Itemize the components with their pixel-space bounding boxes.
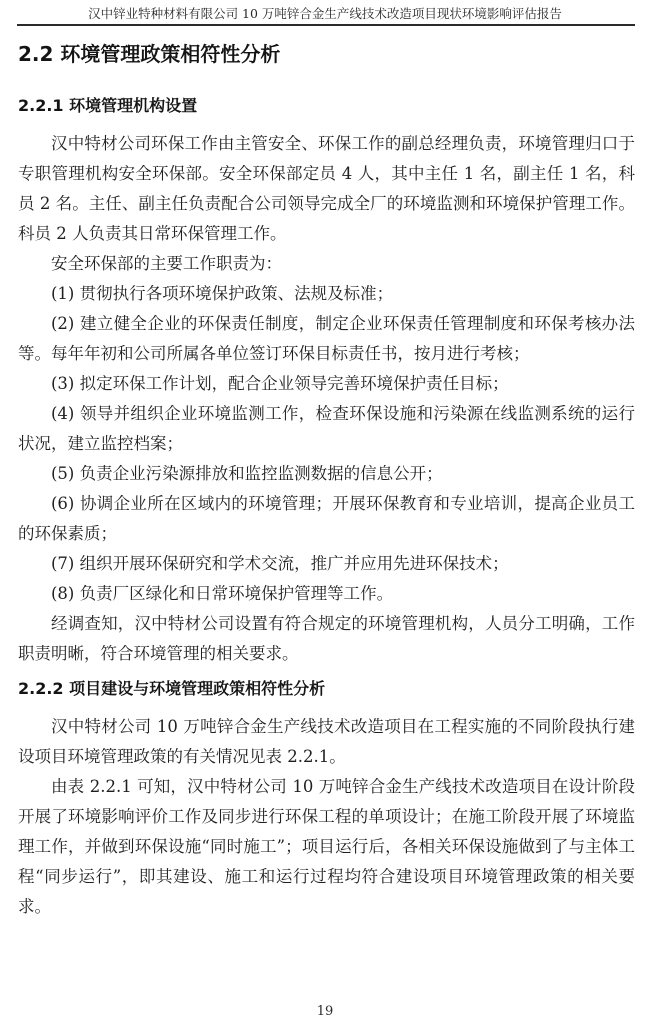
section-heading-2-2-1: 2.2.1 环境管理机构设置 [18, 95, 635, 117]
duty-item-1: (1) 贯彻执行各项环境保护政策、法规及标准； [18, 279, 635, 309]
paragraph-conclusion-2-2-2: 由表 2.2.1 可知，汉中特材公司 10 万吨锌合金生产线技术改造项目在设计阶… [18, 772, 635, 922]
header-divider [17, 24, 635, 26]
duty-item-3: (3) 拟定环保工作计划，配合企业领导完善环境保护责任目标； [18, 369, 635, 399]
page-number: 19 [0, 1004, 650, 1019]
section-2-2-2-content: 汉中特材公司 10 万吨锌合金生产线技术改造项目在工程实施的不同阶段执行建设项目… [18, 712, 635, 922]
document-page: 汉中锌业特种材料有限公司 10 万吨锌合金生产线技术改造项目现状环境影响评估报告… [0, 0, 650, 1027]
duty-item-7: (7) 组织开展环保研究和学术交流，推广并应用先进环保技术； [18, 549, 635, 579]
page-header: 汉中锌业特种材料有限公司 10 万吨锌合金生产线技术改造项目现状环境影响评估报告 [0, 0, 650, 26]
section-heading-2-2: 2.2 环境管理政策相符性分析 [18, 41, 635, 67]
duty-item-8: (8) 负责厂区绿化和日常环境保护管理等工作。 [18, 579, 635, 609]
duty-item-6: (6) 协调企业所在区域内的环境管理；开展环保教育和专业培训，提高企业员工的环保… [18, 489, 635, 549]
section-2-2-1-content: 汉中特材公司环保工作由主管安全、环保工作的副总经理负责，环境管理归口于专职管理机… [18, 129, 635, 669]
document-body: 2.2 环境管理政策相符性分析 2.2.1 环境管理机构设置 汉中特材公司环保工… [18, 41, 635, 922]
section-heading-2-2-2: 2.2.2 项目建设与环境管理政策相符性分析 [18, 678, 635, 700]
duty-item-2: (2) 建立健全企业的环保责任制度，制定企业环保责任管理制度和环保考核办法等。每… [18, 309, 635, 369]
paragraph-table-reference: 汉中特材公司 10 万吨锌合金生产线技术改造项目在工程实施的不同阶段执行建设项目… [18, 712, 635, 772]
duty-item-4: (4) 领导并组织企业环境监测工作，检查环保设施和污染源在线监测系统的运行状况，… [18, 399, 635, 459]
paragraph-org-overview: 汉中特材公司环保工作由主管安全、环保工作的副总经理负责，环境管理归口于专职管理机… [18, 129, 635, 249]
paragraph-duties-intro: 安全环保部的主要工作职责为： [18, 249, 635, 279]
paragraph-conclusion-2-2-1: 经调查知，汉中特材公司设置有符合规定的环境管理机构，人员分工明确，工作职责明晰，… [18, 609, 635, 669]
duty-item-5: (5) 负责企业污染源排放和监控监测数据的信息公开； [18, 459, 635, 489]
running-header-title: 汉中锌业特种材料有限公司 10 万吨锌合金生产线技术改造项目现状环境影响评估报告 [0, 0, 650, 21]
